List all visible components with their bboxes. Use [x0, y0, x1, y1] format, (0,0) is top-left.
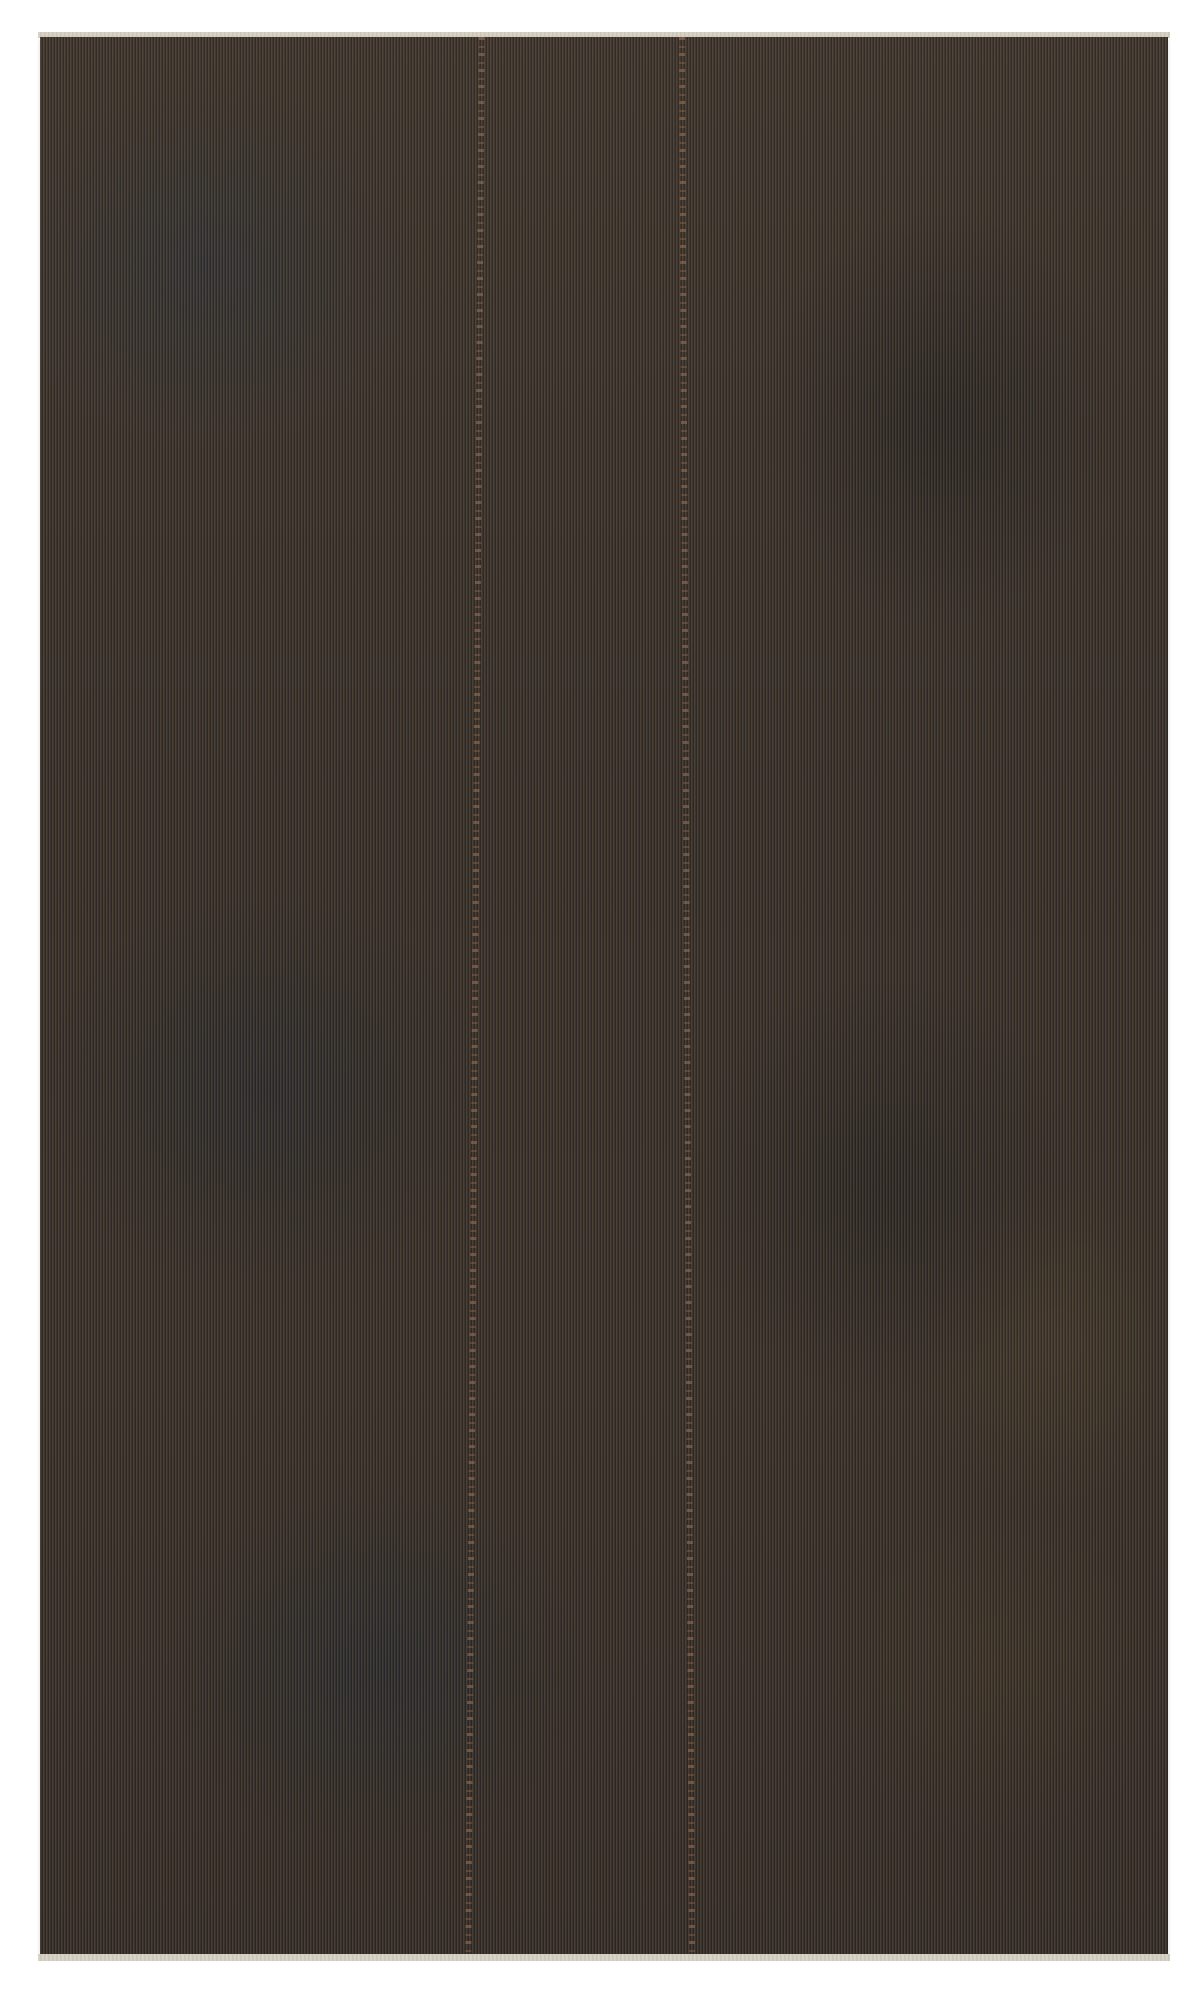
rug-bottom-fringe — [38, 1954, 1170, 1961]
rug — [40, 37, 1168, 1955]
